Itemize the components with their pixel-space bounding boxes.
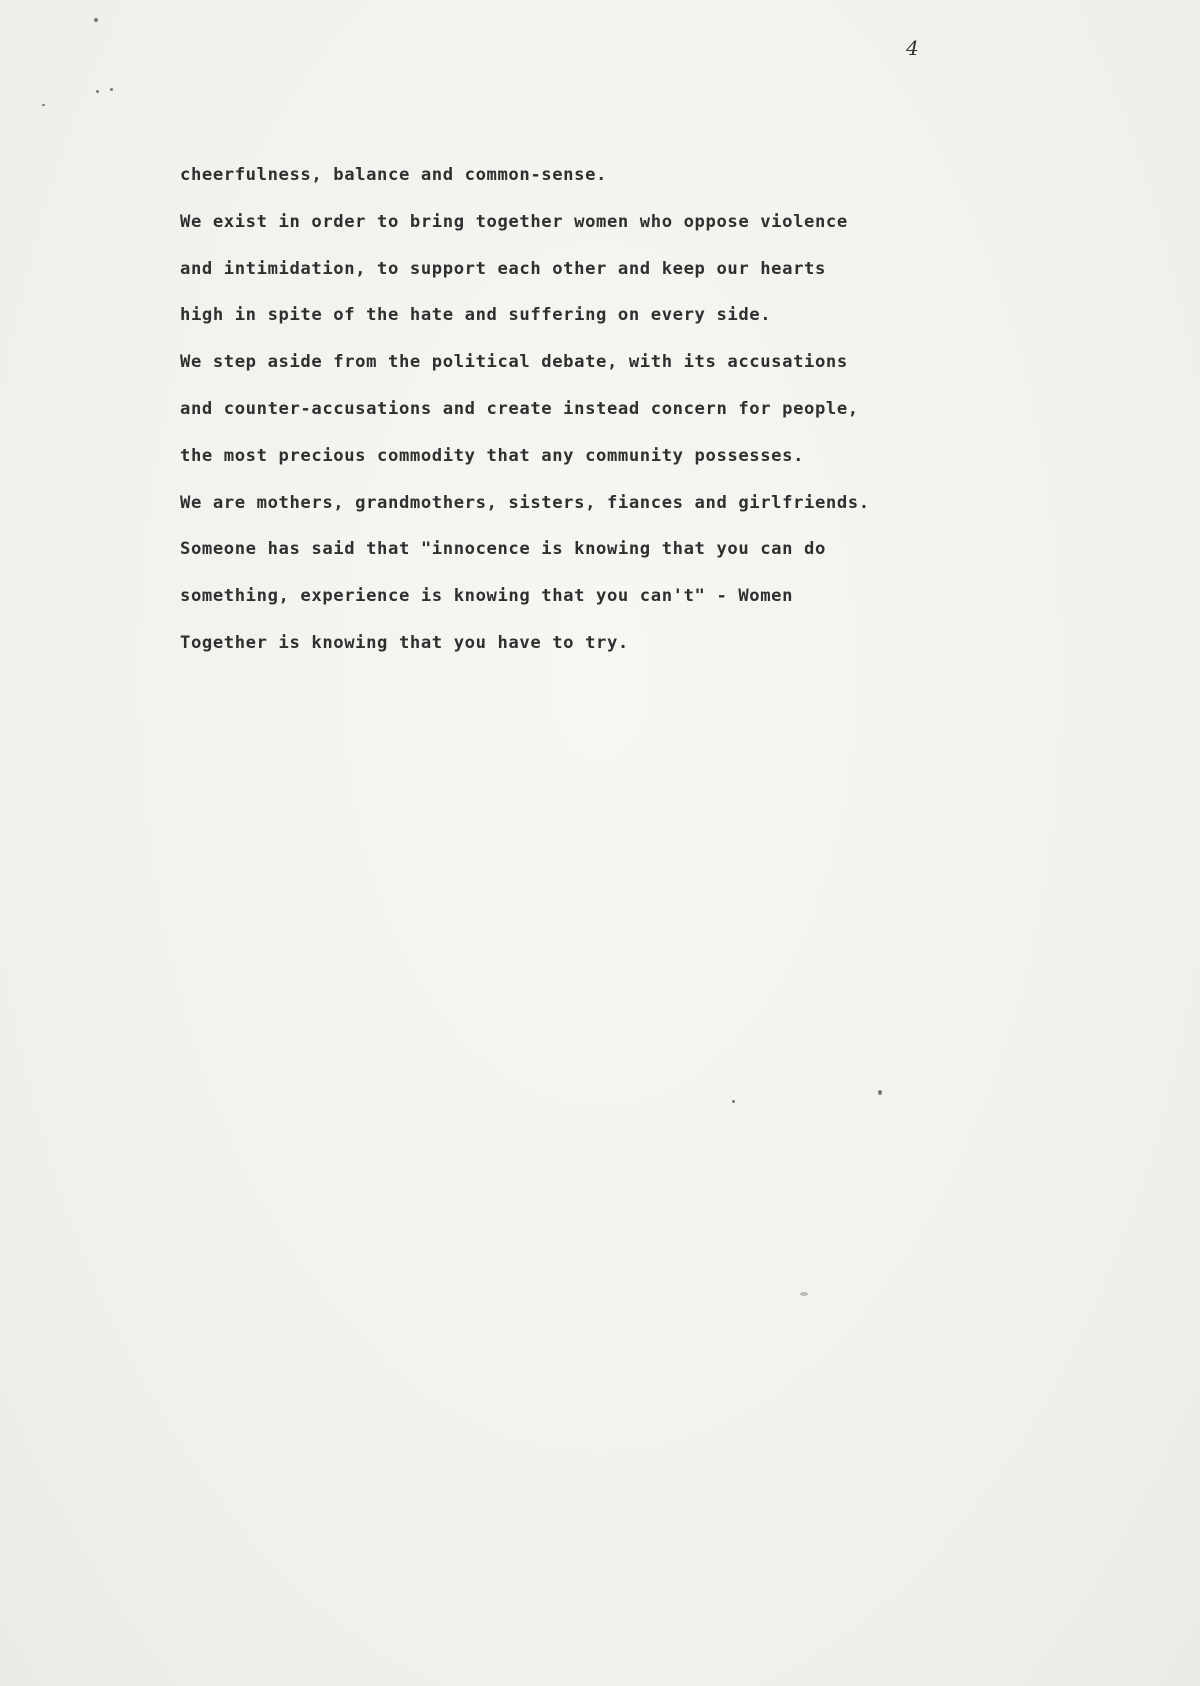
paper-speck [110,88,113,91]
body-text: cheerfulness, balance and common-sense. … [180,163,1140,678]
text-line: and intimidation, to support each other … [180,257,1140,304]
text-line: something, experience is knowing that yo… [180,584,1140,631]
text-line: and counter-accusations and create inste… [180,397,1140,444]
text-line: the most precious commodity that any com… [180,444,1140,491]
paper-speck [96,90,99,93]
text-line: high in spite of the hate and suffering … [180,303,1140,350]
paper-speck [878,1090,882,1095]
paper-speck [732,1100,735,1103]
paper-speck [800,1292,808,1296]
text-line: Together is knowing that you have to try… [180,631,1140,678]
text-line: cheerfulness, balance and common-sense. [180,163,1140,210]
text-line: Someone has said that "innocence is know… [180,537,1140,584]
page-number: 4 [906,36,919,60]
paper-speck [42,104,45,106]
text-line: We step aside from the political debate,… [180,350,1140,397]
text-line: We are mothers, grandmothers, sisters, f… [180,491,1140,538]
document-page: 4 cheerfulness, balance and common-sense… [0,0,1200,1686]
text-line: We exist in order to bring together wome… [180,210,1140,257]
paper-speck [94,18,98,22]
